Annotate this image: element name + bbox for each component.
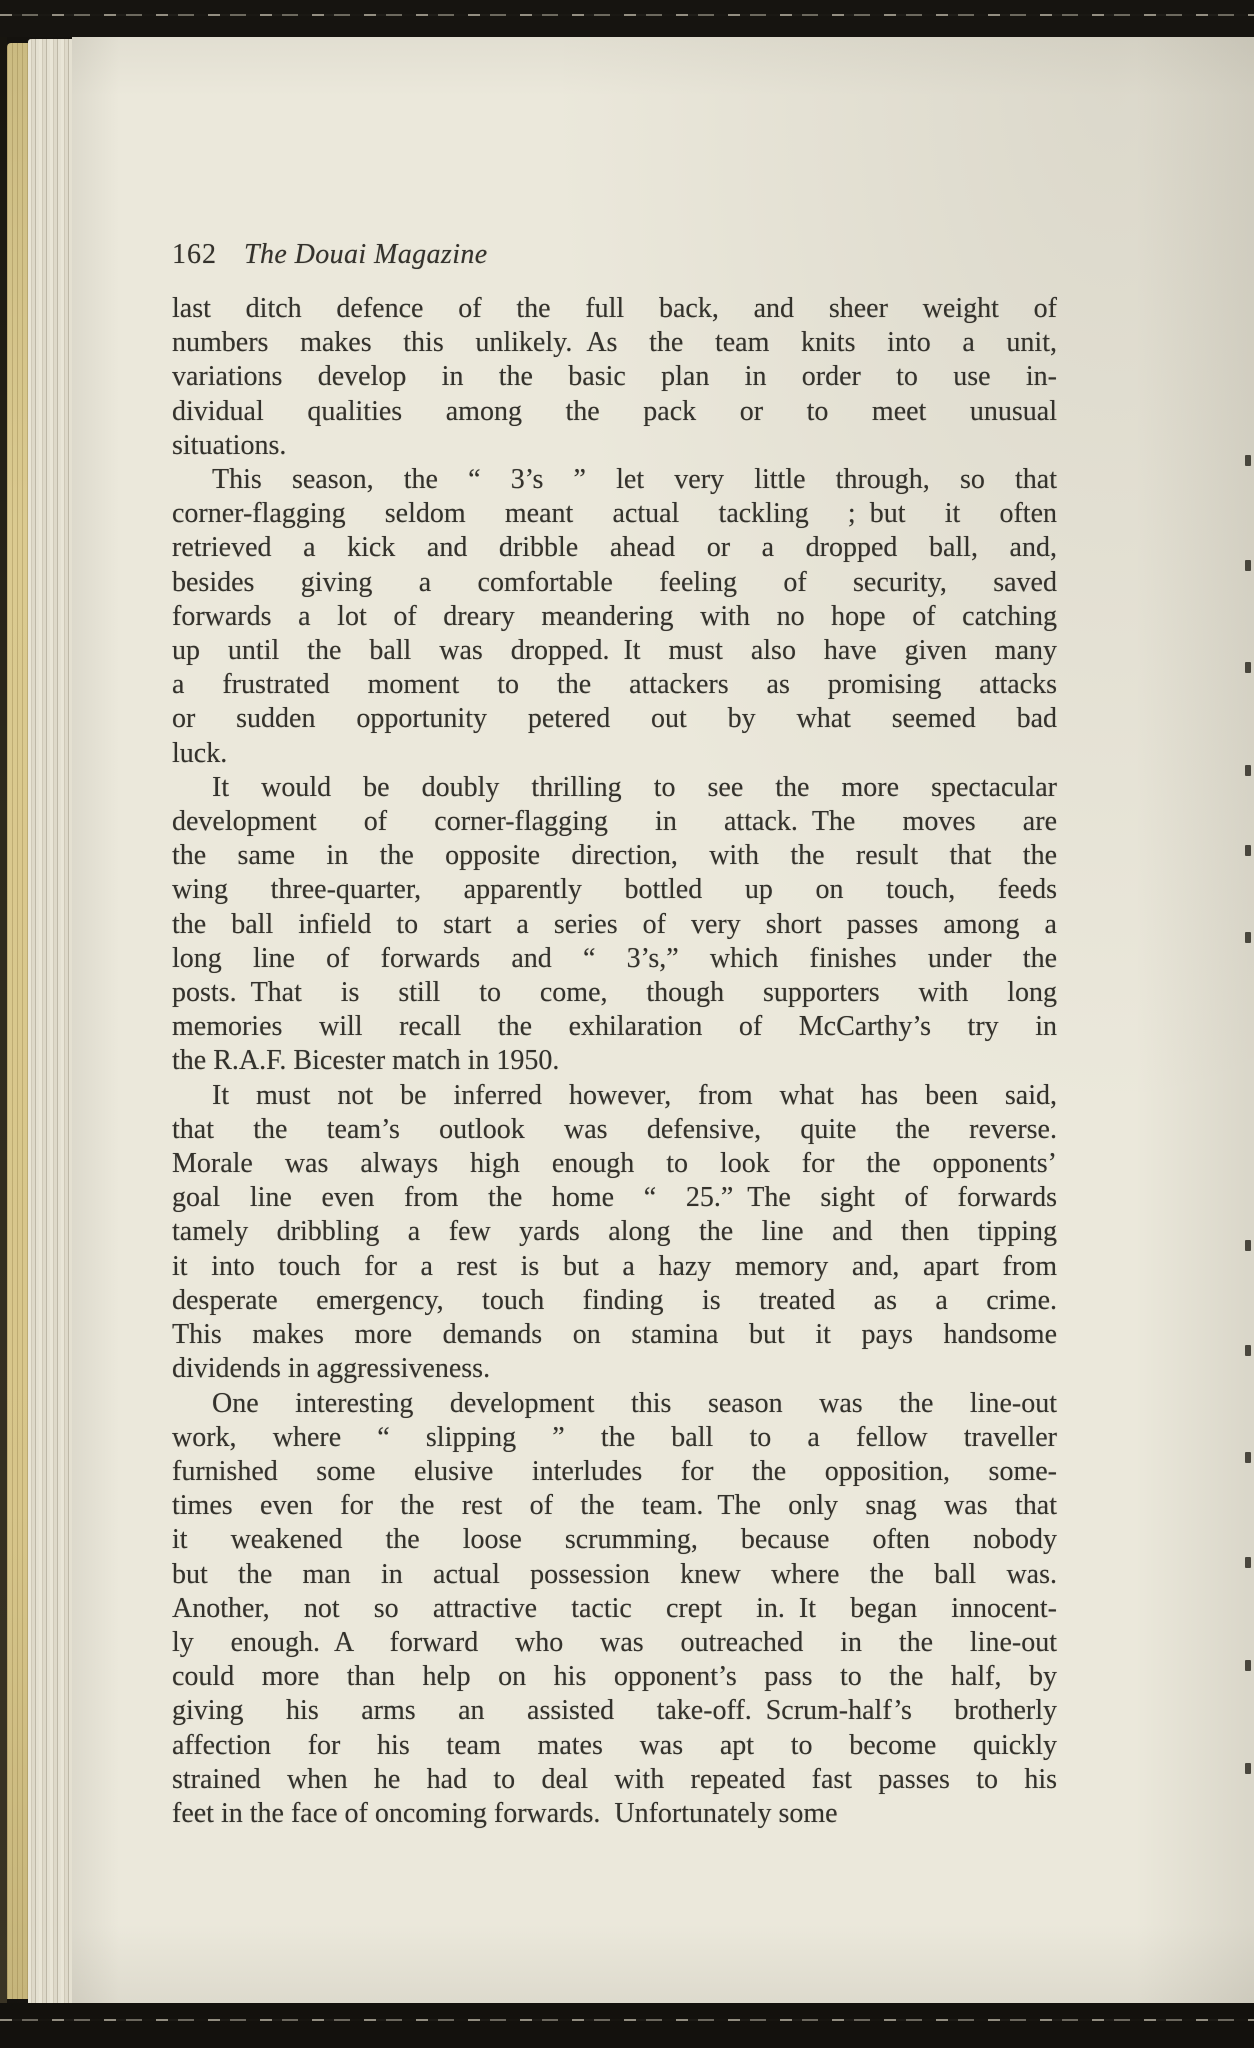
text-line: a frustrated moment to the attackers as … xyxy=(172,668,1057,702)
left-page-edges xyxy=(0,37,72,2003)
text-line: the same in the opposite direction, with… xyxy=(172,839,1057,873)
text-line: memories will recall the exhilaration of… xyxy=(172,1010,1057,1044)
text-line: corner-flagging seldom meant actual tack… xyxy=(172,497,1057,531)
binding-stitch-top xyxy=(0,14,1254,16)
text-line: that the team’s outlook was defensive, q… xyxy=(172,1113,1057,1147)
fore-edge-mark xyxy=(1245,1240,1251,1251)
fore-edge-mark xyxy=(1245,765,1251,776)
fore-edge-mark xyxy=(1245,1345,1251,1356)
text-line: strained when he had to deal with repeat… xyxy=(172,1763,1057,1797)
yellowed-leaf-edge xyxy=(7,43,28,1999)
paragraph: It must not be inferred however, from wh… xyxy=(172,1079,1057,1387)
text-line: it weakened the loose scrumming, because… xyxy=(172,1523,1057,1557)
text-line: Morale was always high enough to look fo… xyxy=(172,1147,1057,1181)
text-line: retrieved a kick and dribble ahead or a … xyxy=(172,531,1057,565)
text-line: work, where “ slipping ” the ball to a f… xyxy=(172,1421,1057,1455)
text-line: This season, the “ 3’s ” let very little… xyxy=(172,463,1057,497)
cover-top-edge xyxy=(0,0,1254,37)
text-line: ly enough. A forward who was outreached … xyxy=(172,1626,1057,1660)
page-number: 162 xyxy=(172,238,217,272)
text-line: desperate emergency, touch finding is tr… xyxy=(172,1284,1057,1318)
running-header: 162The Douai Magazine xyxy=(172,238,488,272)
text-line: wing three-quarter, apparently bottled u… xyxy=(172,873,1057,907)
fore-edge-mark xyxy=(1245,932,1251,943)
running-title: The Douai Magazine xyxy=(244,238,488,272)
text-line: posts. That is still to come, though sup… xyxy=(172,976,1057,1010)
text-line: long line of forwards and “ 3’s,” which … xyxy=(172,942,1057,976)
text-line: It must not be inferred however, from wh… xyxy=(172,1079,1057,1113)
fore-edge-mark xyxy=(1245,1452,1251,1463)
text-line: forwards a lot of dreary meandering with… xyxy=(172,600,1057,634)
stacked-leaf-edges xyxy=(28,39,72,2003)
fore-edge-mark xyxy=(1245,1763,1251,1774)
gutter-shadow xyxy=(0,37,7,2003)
paragraph: It would be doubly thrilling to see the … xyxy=(172,771,1057,1079)
text-line: goal line even from the home “ 25.” The … xyxy=(172,1181,1057,1215)
binding-stitch-bottom xyxy=(0,2019,1254,2021)
paragraph: One interesting development this season … xyxy=(172,1387,1057,1832)
book-scan: 162The Douai Magazine last ditch defence… xyxy=(0,0,1254,2048)
text-line: last ditch defence of the full back, and… xyxy=(172,292,1057,326)
fore-edge-mark xyxy=(1245,662,1251,673)
text-line: dividual qualities among the pack or to … xyxy=(172,395,1057,429)
text-line: furnished some elusive interludes for th… xyxy=(172,1455,1057,1489)
text-line: the R.A.F. Bicester match in 1950. xyxy=(172,1044,1057,1078)
text-line: Another, not so attractive tactic crept … xyxy=(172,1592,1057,1626)
text-line: situations. xyxy=(172,429,1057,463)
text-line: feet in the face of oncoming forwards. U… xyxy=(172,1797,1057,1831)
text-line: affection for his team mates was apt to … xyxy=(172,1729,1057,1763)
body-text: last ditch defence of the full back, and… xyxy=(172,292,1057,1831)
fore-edge-mark xyxy=(1245,560,1251,571)
text-line: luck. xyxy=(172,737,1057,771)
paragraph: last ditch defence of the full back, and… xyxy=(172,292,1057,463)
text-line: up until the ball was dropped. It must a… xyxy=(172,634,1057,668)
text-line: the ball infield to start a series of ve… xyxy=(172,908,1057,942)
text-line: but the man in actual possession knew wh… xyxy=(172,1558,1057,1592)
fore-edge-mark xyxy=(1245,1557,1251,1568)
fore-edge-mark xyxy=(1245,1660,1251,1671)
text-line: giving his arms an assisted take-off. Sc… xyxy=(172,1694,1057,1728)
text-line: dividends in aggressiveness. xyxy=(172,1352,1057,1386)
text-line: times even for the rest of the team. The… xyxy=(172,1489,1057,1523)
text-line: besides giving a comfortable feeling of … xyxy=(172,566,1057,600)
text-line: variations develop in the basic plan in … xyxy=(172,360,1057,394)
text-line: It would be doubly thrilling to see the … xyxy=(172,771,1057,805)
text-line: numbers makes this unlikely. As the team… xyxy=(172,326,1057,360)
text-line: or sudden opportunity petered out by wha… xyxy=(172,702,1057,736)
text-line: it into touch for a rest is but a hazy m… xyxy=(172,1250,1057,1284)
text-line: This makes more demands on stamina but i… xyxy=(172,1318,1057,1352)
fore-edge-mark xyxy=(1245,455,1251,466)
fore-edge-mark xyxy=(1245,845,1251,856)
text-line: development of corner-flagging in attack… xyxy=(172,805,1057,839)
cover-bottom-edge xyxy=(0,2003,1254,2048)
text-line: One interesting development this season … xyxy=(172,1387,1057,1421)
text-line: could more than help on his opponent’s p… xyxy=(172,1660,1057,1694)
text-line: tamely dribbling a few yards along the l… xyxy=(172,1215,1057,1249)
paragraph: This season, the “ 3’s ” let very little… xyxy=(172,463,1057,771)
